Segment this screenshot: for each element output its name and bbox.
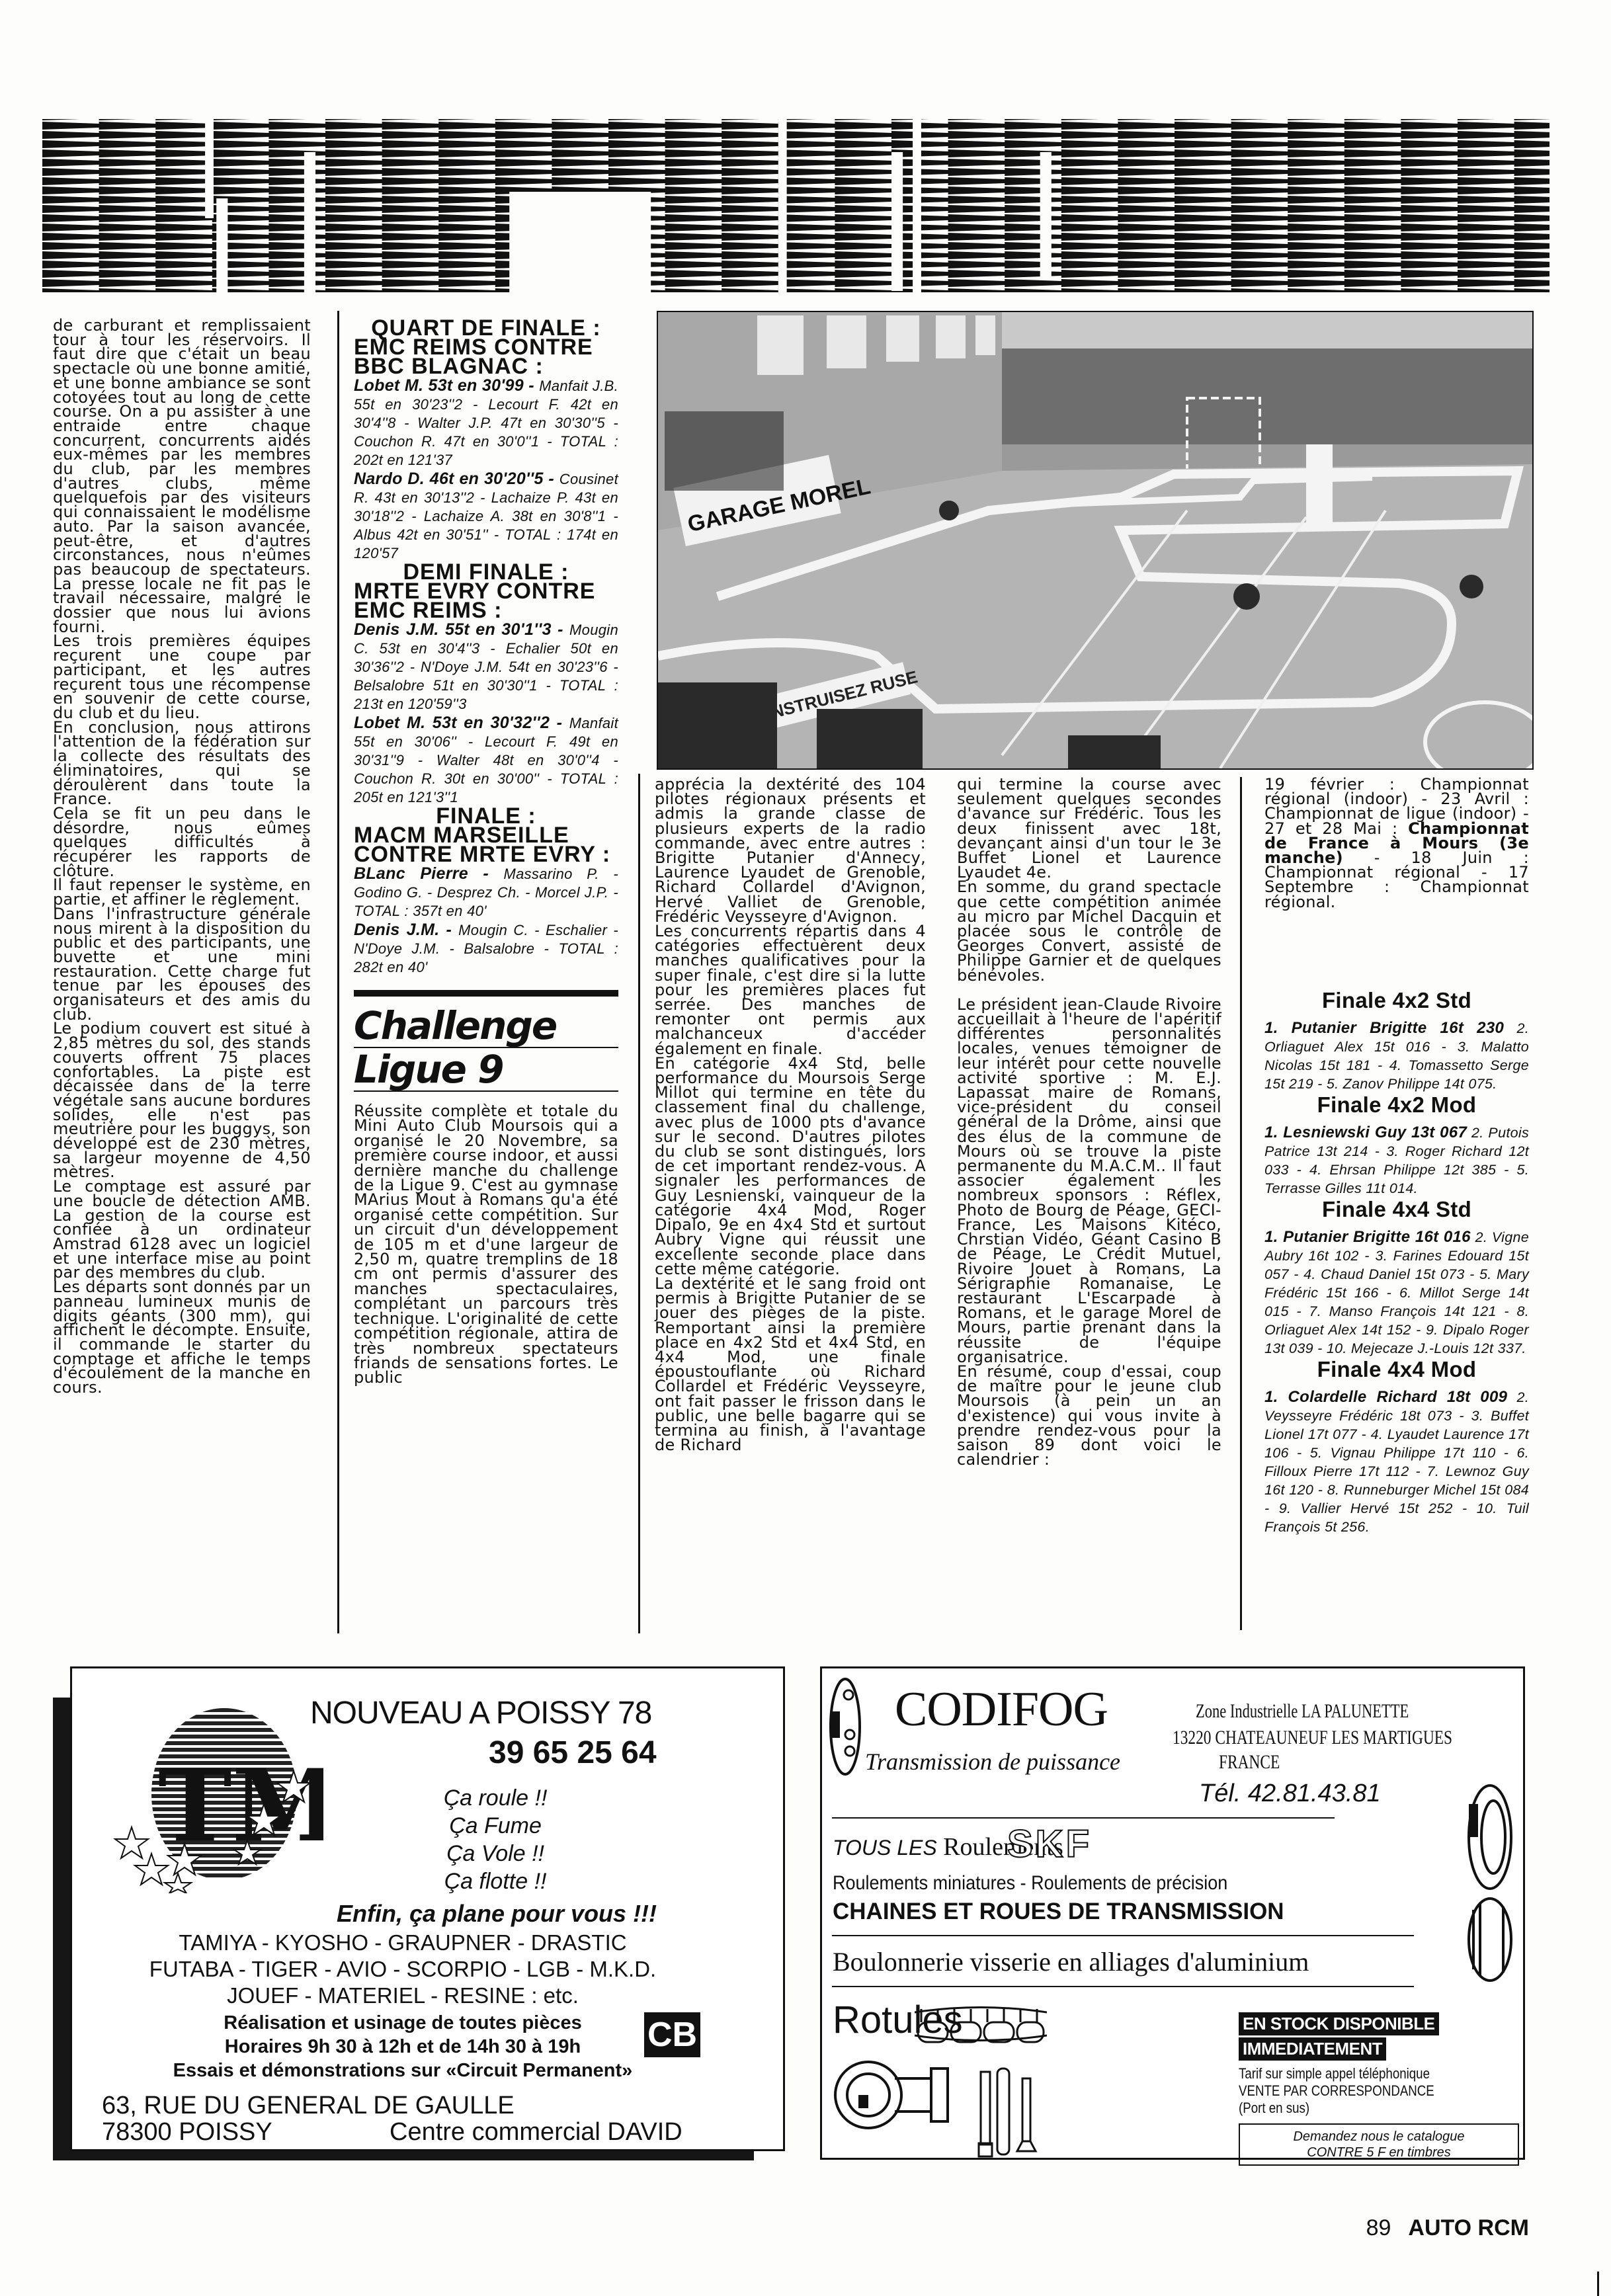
vente-line: VENTE PAR CORRESPONDANCE	[1239, 2082, 1434, 2100]
brand-line: JOUEF - MATERIEL - RESINE : etc.	[72, 1983, 733, 2009]
stock-badge-2: IMMEDIATEMENT	[1239, 2037, 1386, 2061]
paragraph: En somme, du grand spectacle que cette c…	[957, 880, 1221, 982]
article-column-2: QUART DE FINALE : EMC REIMS CONTRE BBC B…	[354, 319, 618, 1385]
roulements-prefix: TOUS LES	[833, 1836, 937, 1860]
boulonnerie-line: Boulonnerie visserie en alliages d'alumi…	[833, 1946, 1309, 1977]
final-title: Finale 4x4 Std	[1264, 1198, 1529, 1221]
photo-image: GARAGE MOREL CONSTRUISEZ RUSE	[658, 312, 1532, 768]
final-rest: 2. Veysseyre Frédéric 18t 073 - 3. Buffe…	[1264, 1389, 1529, 1535]
result-entry: Nardo D. 46t en 30'20''5 - Cousinet R. 4…	[354, 470, 618, 563]
paragraph: de carburant et remplissaient tour à tou…	[53, 319, 311, 634]
column-divider	[638, 774, 640, 1633]
final-results: 1. Putanier Brigitte 16t 230 2. Orliague…	[1264, 1019, 1529, 1093]
codifog-address-1: Zone Industrielle LA PALUNETTE	[1196, 1700, 1409, 1723]
brand-line: FUTABA - TIGER - AVIO - SCORPIO - LGB - …	[72, 1956, 733, 1983]
header-banner	[42, 112, 1550, 294]
codifog-country: FRANCE	[1219, 1751, 1280, 1774]
ad-tagline: Enfin, ça plane pour vous !!!	[337, 1900, 657, 1928]
article-column-3: apprécia la dextérité des 104 pilotes ré…	[655, 777, 926, 1452]
ad-address-2: 78300 POISSY	[102, 2118, 272, 2147]
chaines-line: CHAINES ET ROUES DE TRANSMISSION	[833, 1899, 1284, 1925]
paragraph: qui termine la course avec seulement que…	[957, 777, 1221, 880]
paragraph: Réussite complète et totale du Mini Auto…	[354, 1104, 618, 1385]
banner-logo-graphic	[42, 112, 1550, 294]
ad-address-1: 63, RUE DU GENERAL DE GAULLE	[102, 2092, 515, 2120]
paragraph: Il faut repenser le système, en partie, …	[53, 878, 311, 907]
codifog-phone: Tél. 42.81.43.81	[1199, 1780, 1381, 1808]
result-lead: Lobet M. 53t en 30'32''2 -	[354, 714, 569, 732]
screws-icon	[977, 2065, 1044, 2158]
final-winner: 1. Putanier Brigitte 16t 016	[1264, 1228, 1471, 1246]
result-lead: Lobet M. 53t en 30'99 -	[354, 376, 539, 395]
final-title: Finale 4x2 Mod	[1264, 1093, 1529, 1117]
heading-bar	[354, 990, 618, 997]
slogan: Ça flotte !!	[429, 1867, 561, 1895]
bearing-icon	[829, 1675, 862, 1778]
roulements-detail: Roulements miniatures - Roulements de pr…	[833, 1872, 1227, 1895]
service-line: Réalisation et usinage de toutes pièces	[72, 2011, 733, 2035]
page-footer: 89AUTO RCM	[1366, 2215, 1529, 2241]
race-track-photo: GARAGE MOREL CONSTRUISEZ RUSE	[657, 311, 1534, 770]
brand-line: TAMIYA - KYOSHO - GRAUPNER - DRASTIC	[72, 1930, 733, 1956]
final-title: Finale 4x4 Mod	[1264, 1358, 1529, 1381]
article-column-1: de carburant et remplissaient tour à tou…	[53, 319, 311, 1395]
paragraph: Dans l'infrastructure générale nous mire…	[53, 907, 311, 1022]
final-results: 1. Lesniewski Guy 13t 067 2. Putois Patr…	[1264, 1124, 1529, 1198]
column-divider	[337, 311, 339, 1633]
ad-services: Réalisation et usinage de toutes pièces …	[72, 2011, 733, 2082]
section-subtitle-finale: MACM MARSEILLE CONTRE MRTE EVRY :	[354, 826, 618, 864]
slogan: Ça Fume	[429, 1812, 561, 1840]
ad-tm-poissy: TM NOUVEAU A POISSY 78 39 65 25 64 Ça ro…	[70, 1666, 785, 2151]
section-subtitle-demi: MRTE EVRY CONTRE EMC REIMS :	[354, 582, 618, 620]
ad-slogans: Ça roule !! Ça Fume Ça Vole !! Ça flotte…	[429, 1784, 561, 1895]
paragraph: Le président jean-Claude Rivoire accueil…	[957, 997, 1221, 1364]
ad-codifog: CODIFOG Zone Industrielle LA PALUNETTE 1…	[820, 1666, 1525, 2160]
paragraph: Le comptage est assuré par une boucle de…	[53, 1180, 311, 1280]
ad-brands: TAMIYA - KYOSHO - GRAUPNER - DRASTIC FUT…	[72, 1930, 733, 2009]
port-line: (Port en sus)	[1239, 2100, 1434, 2117]
codifog-tagline: Transmission de puissance	[865, 1748, 1120, 1776]
result-lead: BLanc Pierre -	[354, 864, 503, 883]
codifog-address-2: 13220 CHATEAUNEUF LES MARTIGUES	[1173, 1727, 1452, 1749]
ad-headline: NOUVEAU A POISSY 78	[310, 1695, 651, 1731]
result-entry: Denis J.M. 55t en 30'1''3 - Mougin C. 53…	[354, 620, 618, 714]
section-subtitle-quart: EMC REIMS CONTRE BBC BLAGNAC :	[354, 338, 618, 376]
page-edge-mark	[1597, 2272, 1599, 2296]
service-line: Horaires 9h 30 à 12h et de 14h 30 à 19h	[72, 2035, 733, 2059]
ad-mall: Centre commercial DAVID	[390, 2118, 682, 2147]
slogan: Ça roule !!	[429, 1784, 561, 1812]
slogan: Ça Vole !!	[429, 1840, 561, 1867]
paragraph: En catégorie 4x4 Std, belle performance …	[655, 1056, 926, 1276]
result-lead: Denis J.M. 55t en 30'1''3 -	[354, 620, 569, 639]
result-entry: Lobet M. 53t en 30'32''2 - Manfait 55t e…	[354, 714, 618, 807]
cb-card-logo: CB	[644, 2012, 700, 2057]
article-column-5: 19 février : Championnat régional (indoo…	[1264, 777, 1529, 1536]
catalogue-box: Demandez nous le catalogue CONTRE 5 F en…	[1239, 2123, 1519, 2166]
paragraph: En conclusion, nous attirons l'attention…	[53, 721, 311, 807]
divider	[832, 1935, 1414, 1936]
final-results: 1. Colardelle Richard 18t 009 2. Veyssey…	[1264, 1388, 1529, 1536]
rod-end-icon	[832, 2045, 951, 2138]
paragraph: apprécia la dextérité des 104 pilotes ré…	[655, 777, 926, 924]
result-lead: Denis J.M. -	[354, 921, 458, 939]
challenge-heading: Challenge Ligue 9	[354, 990, 618, 1092]
paragraph: En résumé, coup d'essai, coup de maître …	[957, 1364, 1221, 1467]
divider	[832, 1817, 1335, 1819]
paragraph: Les trois premières équipes reçurent une…	[53, 634, 311, 720]
ad-phone: 39 65 25 64	[489, 1735, 657, 1771]
divider	[832, 1986, 1414, 1987]
skf-logo: SKF	[1007, 1822, 1092, 1866]
article-column-4: qui termine la course avec seulement que…	[957, 777, 1221, 1467]
catalogue-line: Demandez nous le catalogue	[1240, 2129, 1518, 2145]
stock-badge-1: EN STOCK DISPONIBLE	[1239, 2012, 1439, 2035]
challenge-title-line2: Ligue 9	[354, 1048, 618, 1092]
result-entry: BLanc Pierre - Massarino P. - Godino G. …	[354, 864, 618, 921]
column-divider	[1240, 777, 1242, 1630]
final-winner: 1. Colardelle Richard 18t 009	[1264, 1388, 1507, 1406]
magazine-name: AUTO RCM	[1408, 2215, 1529, 2240]
paragraph: Les départs sont donnés par un panneau l…	[53, 1280, 311, 1395]
challenge-title-line1: Challenge	[354, 1004, 618, 1048]
codifog-brand: CODIFOG	[895, 1682, 1108, 1738]
final-winner: 1. Lesniewski Guy 13t 067	[1264, 1124, 1467, 1141]
final-title: Finale 4x2 Std	[1264, 989, 1529, 1012]
paragraph: Les concurrents répartis dans 4 catégori…	[655, 924, 926, 1056]
chain-icon	[915, 1999, 1047, 2047]
calendar: 19 février : Championnat régional (indoo…	[1264, 777, 1529, 909]
final-rest: 2. Vigne Aubry 16t 102 - 3. Farines Edou…	[1264, 1229, 1529, 1356]
result-entry: Denis J.M. - Mougin C. - Eschalier - N'D…	[354, 921, 618, 977]
roller-bearing-icon	[1464, 1784, 1516, 1983]
final-winner: 1. Putanier Brigitte 16t 230	[1264, 1019, 1504, 1037]
paragraph: Le podium couvert est situé à 2,85 mètre…	[53, 1022, 311, 1180]
result-entry: Lobet M. 53t en 30'99 - Manfait J.B. 55t…	[354, 376, 618, 470]
service-line: Essais et démonstrations sur «Circuit Pe…	[72, 2059, 733, 2082]
result-lead: Nardo D. 46t en 30'20''5 -	[354, 470, 559, 488]
tarif-line: Tarif sur simple appel téléphonique	[1239, 2065, 1434, 2082]
paragraph: Cela se fit un peu dans le désordre, nou…	[53, 807, 311, 879]
final-results: 1. Putanier Brigitte 16t 016 2. Vigne Au…	[1264, 1228, 1529, 1358]
paragraph: La dextérité et le sang froid ont permis…	[655, 1276, 926, 1452]
mail-order-info: Tarif sur simple appel téléphonique VENT…	[1239, 2065, 1434, 2117]
page-number: 89	[1366, 2215, 1391, 2240]
catalogue-line: CONTRE 5 F en timbres	[1240, 2145, 1518, 2160]
tm-logo-icon: TM	[112, 1695, 323, 1893]
